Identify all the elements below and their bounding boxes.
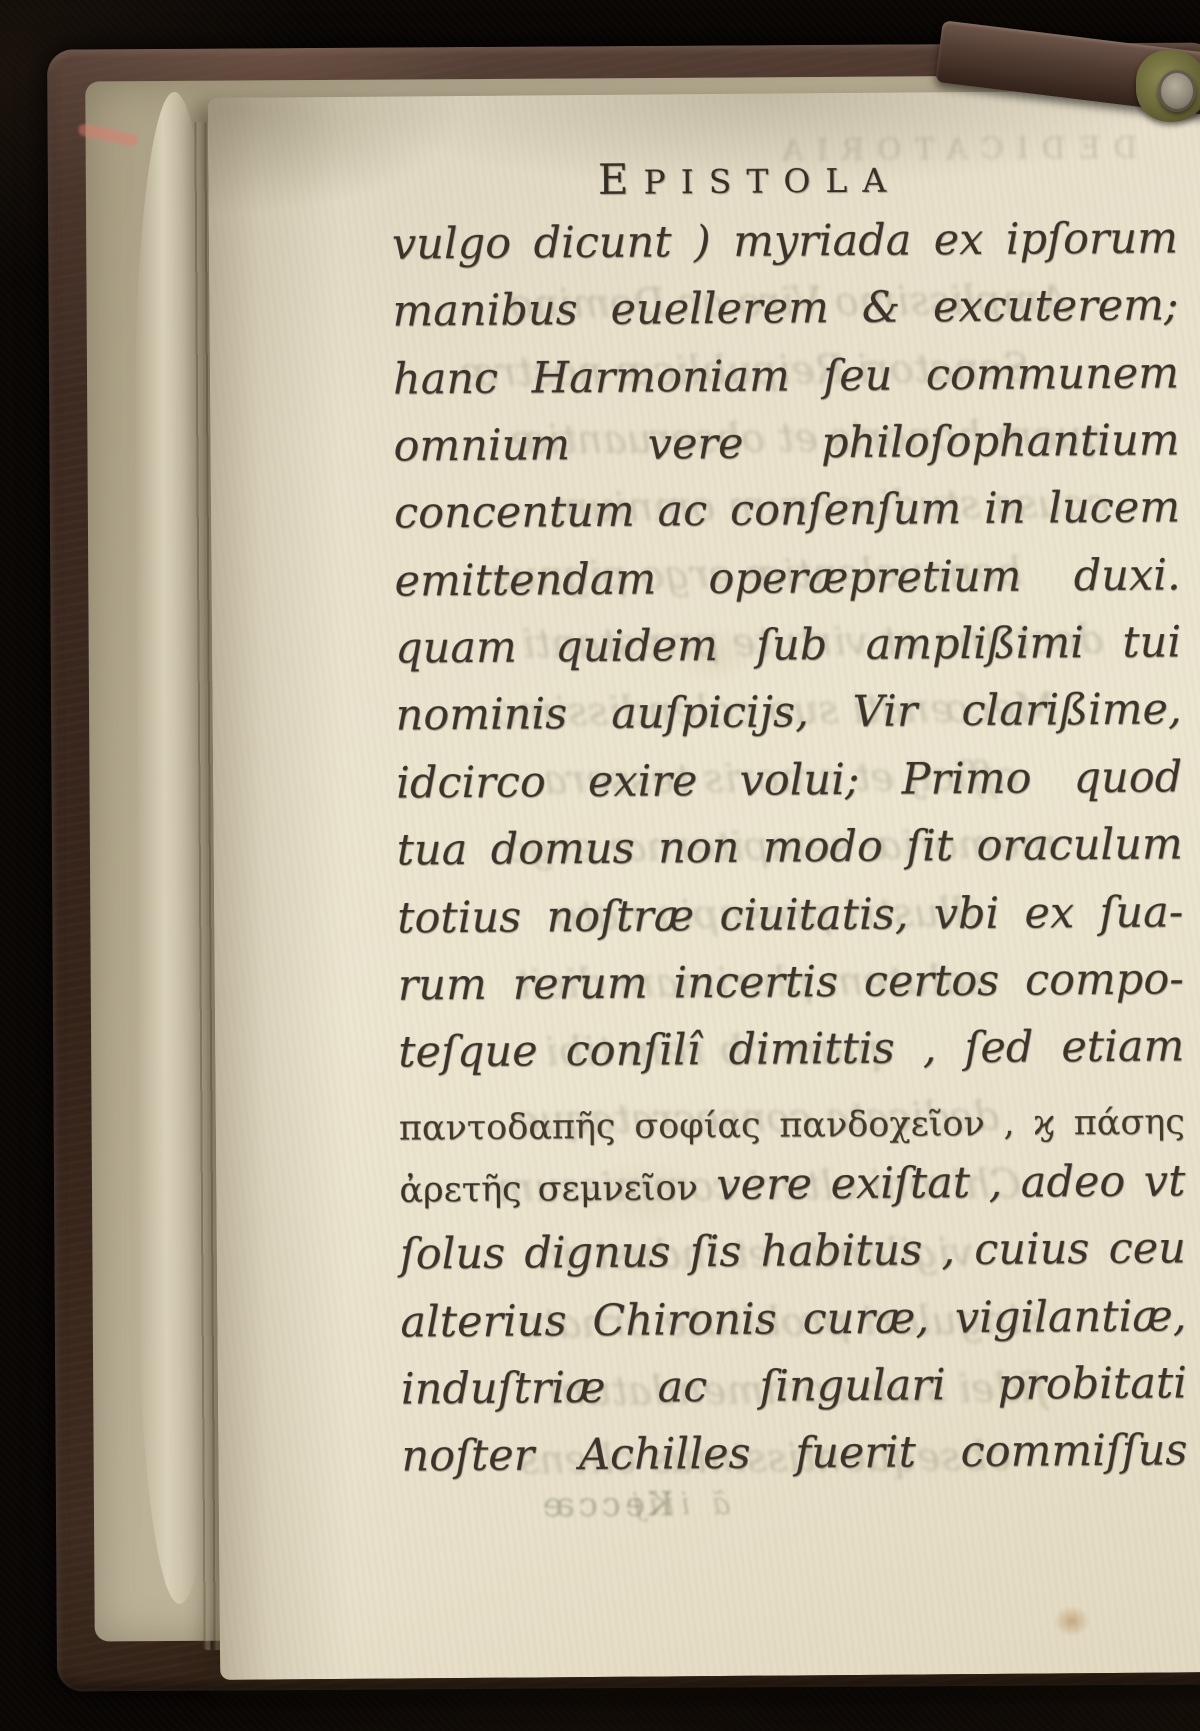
text-line: ſolus dignus ſis habitus , cuius ceu xyxy=(400,1219,1186,1285)
text-line: nominis auſpicijs, Vir clarißime, xyxy=(395,680,1181,746)
text-line: concentum ac conſenſum in lucem xyxy=(394,478,1180,544)
text-line: παντοδαπῆς σοφίας πανδοχεῖον , ϗ πάσης xyxy=(399,1092,1185,1158)
photo-background: DEDICATORIA ã iiij Amplissimo Viro ac Do… xyxy=(0,0,1200,1731)
heading-rest: PISTOLA xyxy=(643,161,901,202)
greek-phrase: ἀρετῆς σεμνεῖον xyxy=(399,1168,698,1210)
text-line: rum rerum incertis certos compo- xyxy=(398,949,1184,1015)
page-heading: EPISTOLA xyxy=(358,151,1140,206)
text-line: hanc Harmoniam ſeu communem xyxy=(393,343,1179,409)
text-line: induſtriæ ac ſingulari probitati xyxy=(401,1353,1187,1419)
text-line: manibus euellerem & excuterem; xyxy=(392,276,1178,342)
text-line: idcirco exire volui; Primo quod xyxy=(396,747,1182,813)
text-line: teſque conſilî dimittis , ſed etiam xyxy=(398,1017,1184,1083)
book-page: DEDICATORIA ã iiij Amplissimo Viro ac Do… xyxy=(208,90,1200,1680)
text-line: vulgo dicunt ) myriada ex ipſorum xyxy=(392,208,1178,274)
text-line: emittendam operæpretium duxi. xyxy=(394,545,1180,611)
text-block: EPISTOLA vulgo dicunt ) myriada ex ipſor… xyxy=(208,90,1200,1680)
text-line: tua domus non modo ſit oraculum xyxy=(396,815,1182,881)
text-line: omnium vere philoſophantium xyxy=(393,410,1179,476)
clasp-rivet-icon xyxy=(1158,70,1196,112)
text-line: alterius Chironis curæ, vigilantiæ, xyxy=(400,1286,1186,1352)
text-line: quam quidem ſub amplißimi tui xyxy=(395,612,1181,678)
text-line: totius noſtræ ciuitatis, vbi ex ſua- xyxy=(397,882,1183,948)
text-line: ἀρετῆς σεμνεῖον vere exiſtat , adeo vt xyxy=(399,1151,1185,1220)
text-line: noſter Achilles fuerit commiſſus xyxy=(401,1421,1187,1487)
heading-initial: E xyxy=(598,155,644,204)
